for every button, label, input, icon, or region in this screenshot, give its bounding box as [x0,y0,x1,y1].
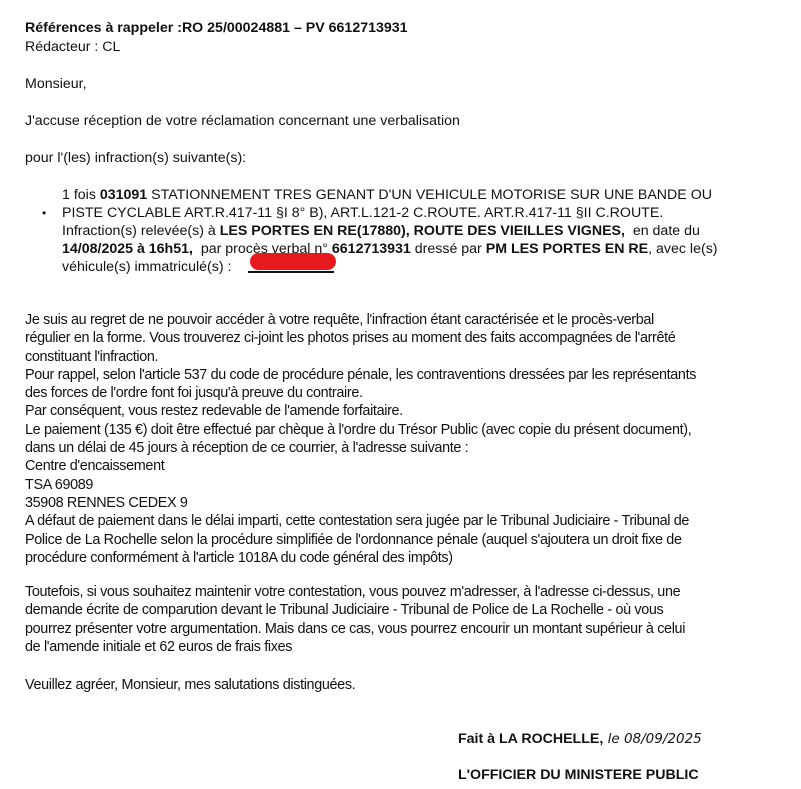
address-line: Centre d'encaissement [25,457,696,475]
infraction-line-2: PISTE CYCLABLE ART.R.417-11 §I 8° B), AR… [62,204,718,222]
references-line: Références à rappeler :RO 25/00024881 – … [25,20,408,36]
paragraph-line: pourrez présenter votre argumentation. M… [25,620,685,638]
infraction-line-4: 14/08/2025 à 16h51, par procès verbal n°… [62,240,718,258]
paragraph-line: demande écrite de comparution devant le … [25,601,685,619]
pv-number: 6612713931 [332,241,411,257]
plate-underline [248,271,334,273]
bullet-icon: • [42,206,46,220]
signature-date: 08/09/2025 [624,731,702,747]
paragraph-line: procédure conformément à l'article 1018A… [25,549,696,567]
infraction-block: 1 fois 031091 STATIONNEMENT TRES GENANT … [62,186,718,276]
infractions-intro: pour l'(les) infraction(s) suivante(s): [25,150,246,166]
infraction-line-3: Infraction(s) relevée(s) à LES PORTES EN… [62,222,718,240]
greeting: Monsieur, [25,76,87,92]
infraction-datetime: 14/08/2025 à 16h51, [62,241,193,257]
issued-by-prefix: dressé par [411,241,486,257]
infraction-line-1: 1 fois 031091 STATIONNEMENT TRES GENANT … [62,186,718,204]
address-line: 35908 RENNES CEDEX 9 [25,494,696,512]
letter-page: Références à rappeler :RO 25/00024881 – … [0,0,801,789]
signature-title: L'OFFICIER DU MINISTERE PUBLIC [458,767,699,783]
paragraph-line: constituant l'infraction. [25,348,696,366]
paragraph-line: de l'amende initiale et 62 euros de frai… [25,638,685,656]
date-prefix: en date du [625,223,700,239]
vehicle-suffix: , avec le(s) [648,241,717,257]
infraction-code: 031091 [100,187,147,203]
references-value: RO 25/00024881 – PV 6612713931 [182,20,408,36]
paragraph-line: régulier en la forme. Vous trouverez ci-… [25,329,696,347]
signature-place-date: Fait à LA ROCHELLE, le 08/09/2025 [458,731,702,747]
paragraph-line: Pour rappel, selon l'article 537 du code… [25,366,696,384]
signature-date-prefix: le [603,731,624,747]
infraction-desc-1: STATIONNEMENT TRES GENANT D'UN VEHICULE … [147,187,712,203]
paragraph-line: Par conséquent, vous restez redevable de… [25,402,696,420]
location-prefix: Infraction(s) relevée(s) à [62,223,220,239]
paragraph-line: Je suis au regret de ne pouvoir accéder … [25,311,696,329]
paragraph-line: dans un délai de 45 jours à réception de… [25,439,696,457]
paragraph-line: Toutefois, si vous souhaitez maintenir v… [25,583,685,601]
paragraph-line: Police de La Rochelle selon la procédure… [25,531,696,549]
paragraph-line: des forces de l'ordre font foi jusqu'à p… [25,384,696,402]
references-label: Références à rappeler : [25,20,182,36]
count-prefix: 1 fois [62,187,100,203]
issued-by: PM LES PORTES EN RE [486,241,648,257]
closing: Veuillez agréer, Monsieur, mes salutatio… [25,676,355,694]
vehicle-label: véhicule(s) immatriculé(s) : [62,259,232,275]
signature-place: Fait à LA ROCHELLE, [458,731,603,747]
address-line: TSA 69089 [25,476,696,494]
paragraph-line: A défaut de paiement dans le délai impar… [25,512,696,530]
contest-paragraph: Toutefois, si vous souhaitez maintenir v… [25,583,685,656]
paragraph-line: Le paiement (135 €) doit être effectué p… [25,421,696,439]
infraction-line-5: véhicule(s) immatriculé(s) : [62,258,718,276]
response-paragraphs: Je suis au regret de ne pouvoir accéder … [25,311,696,567]
intro-text: J'accuse réception de votre réclamation … [25,113,460,129]
plate-redaction-mark [250,253,336,270]
infraction-location: LES PORTES EN RE(17880), ROUTE DES VIEIL… [220,223,625,239]
redacteur: Rédacteur : CL [25,39,120,55]
